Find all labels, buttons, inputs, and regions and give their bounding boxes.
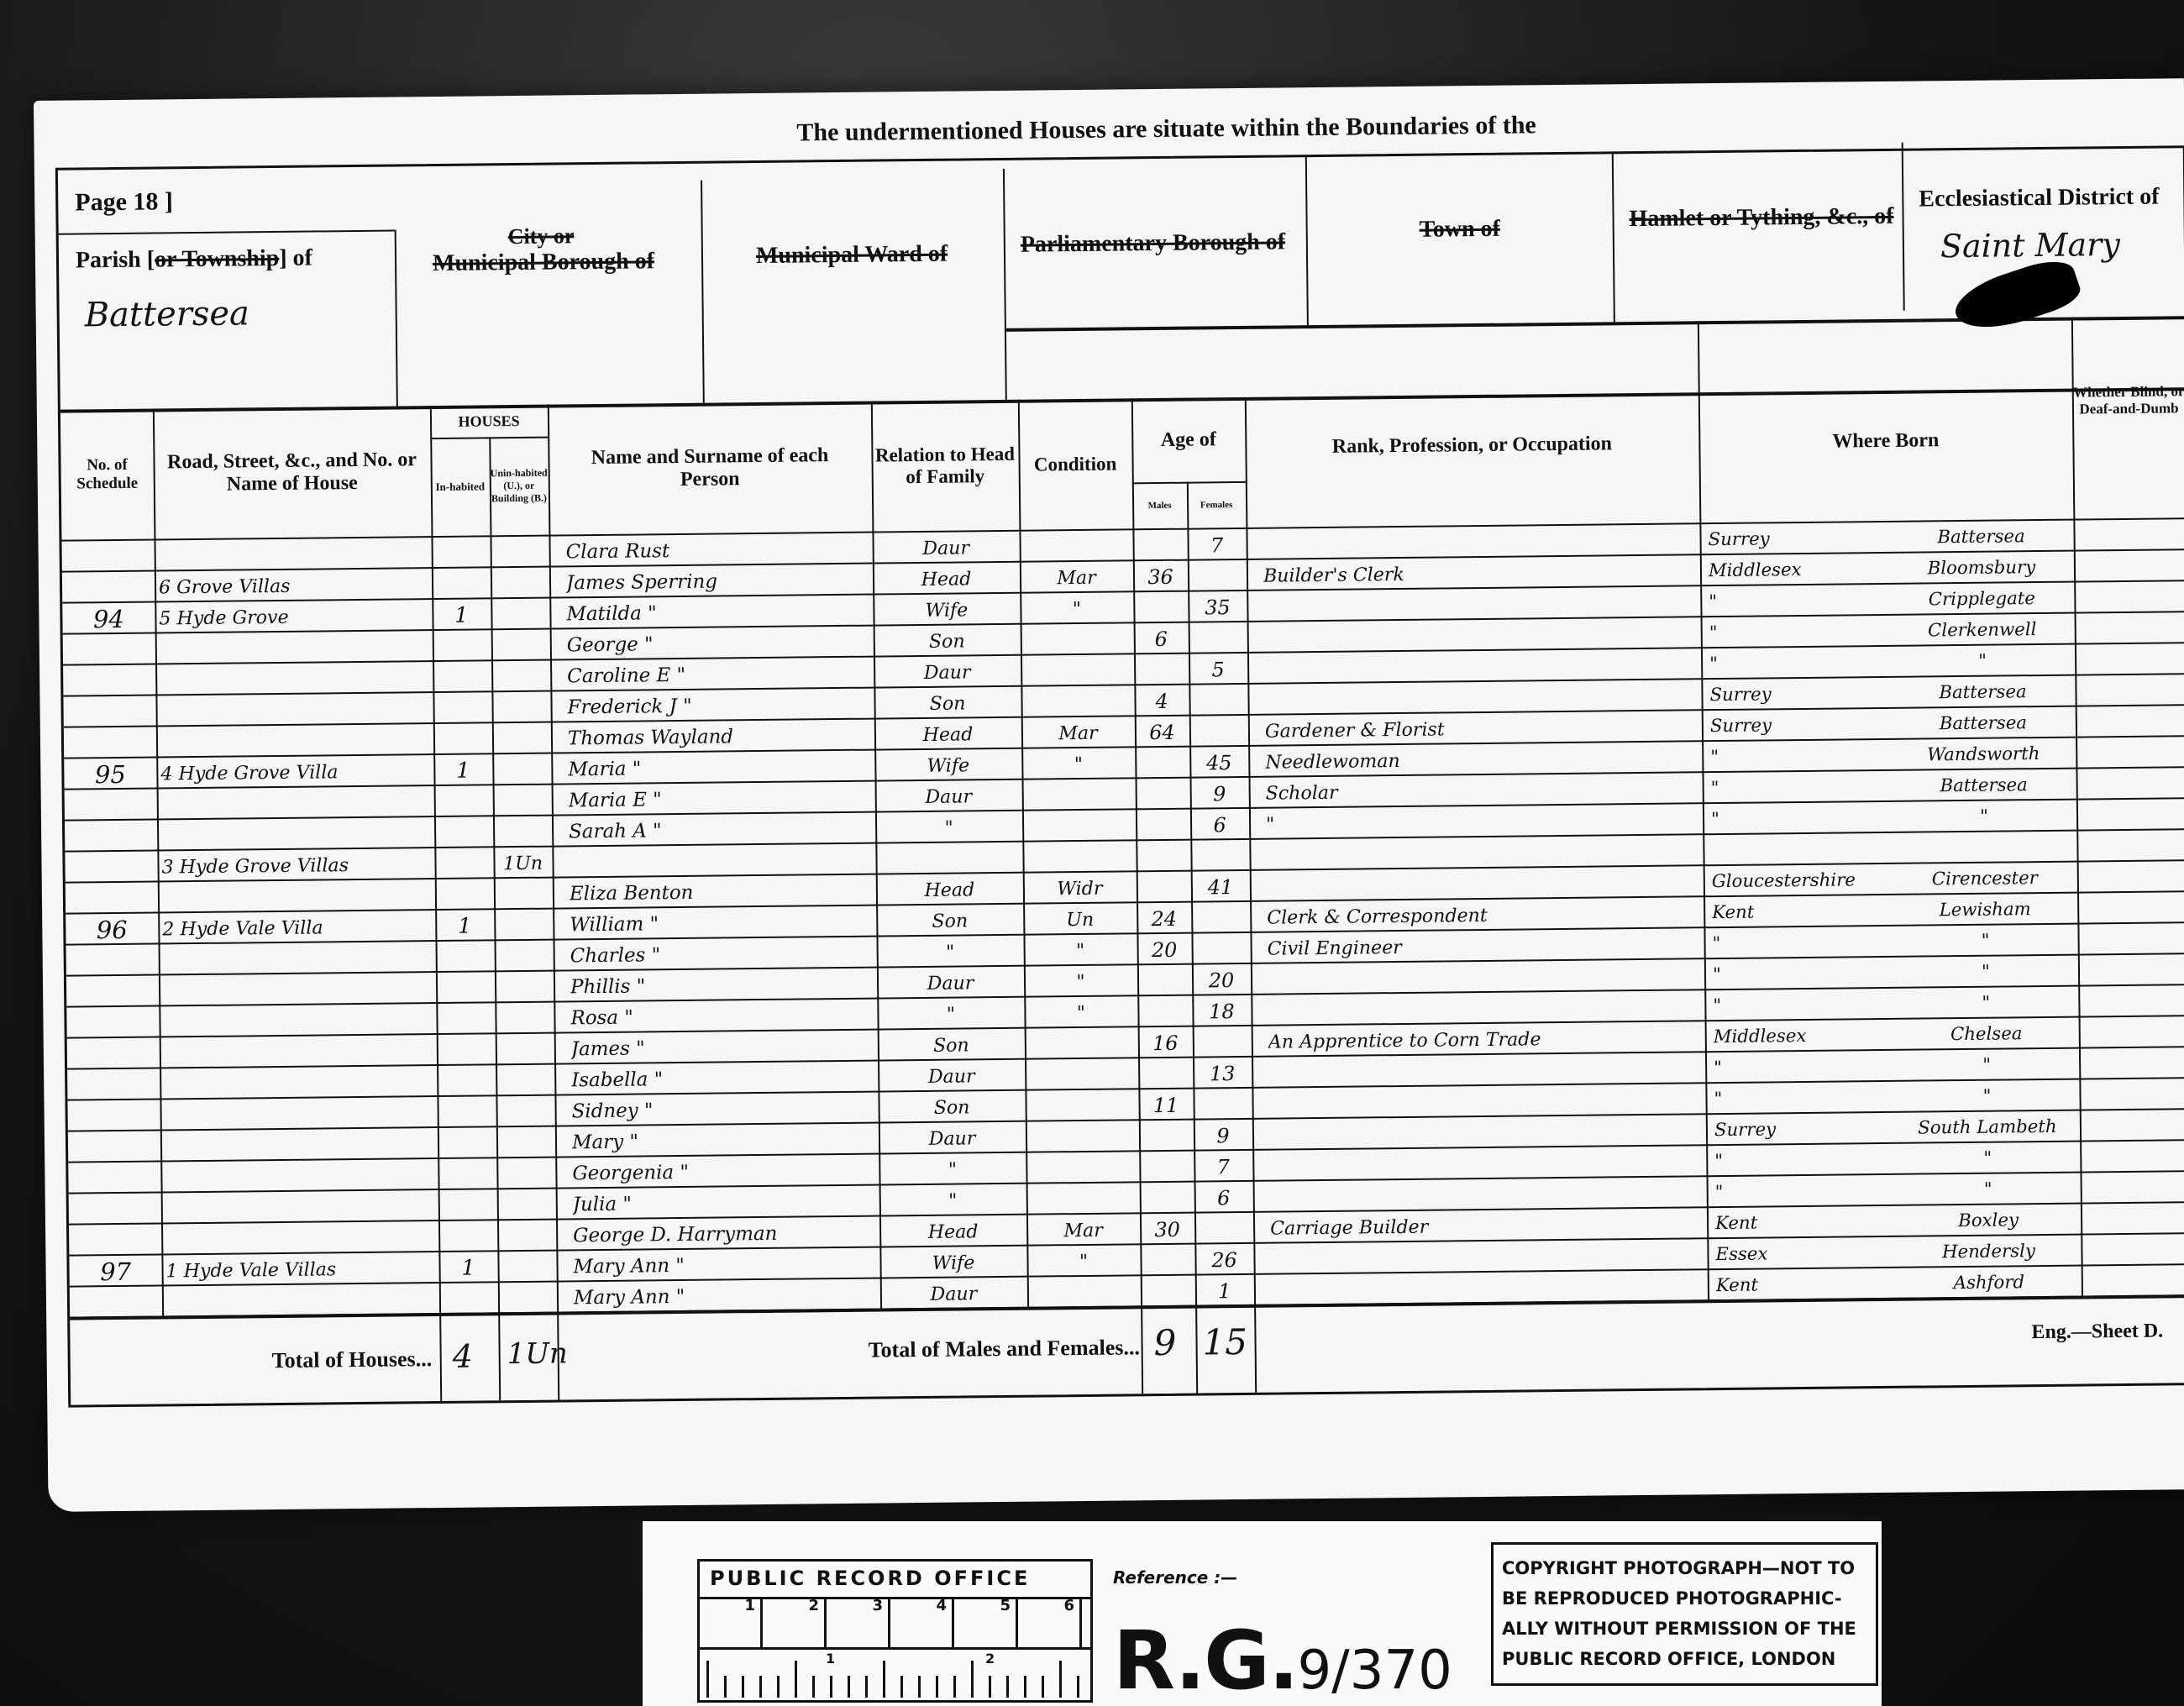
cell-uninhabited [495,941,554,973]
cell-schedule [61,541,154,573]
cell-condition [1022,779,1136,811]
cell-relation: Head [873,563,1020,596]
cell-born-place: " [1893,987,2078,1020]
cell-female: 9 [1194,1120,1252,1152]
cell-born-county: " [1712,926,1880,959]
cell-relation: Daur [875,780,1022,813]
copyright-line: BE REPRODUCED PHOTOGRAPHIC- [1502,1583,1856,1614]
cell-condition [1026,1121,1139,1152]
cell-born-county [1711,833,1879,866]
cell-female: 5 [1189,654,1247,685]
cell-born-county: " [1709,647,1877,680]
cell-born-place: " [1890,645,2075,678]
cell-male [1135,748,1189,780]
ruler-tick [1024,1676,1026,1698]
cell-female [1189,685,1247,717]
cell-relation: " [877,998,1024,1031]
cell-male [1132,530,1187,562]
cell-born-county: " [1710,740,1878,773]
cell-male [1141,1276,1195,1308]
municipal-borough-field: City or Municipal Borough of [58,148,2183,170]
cell-relation: Head [874,718,1021,751]
cell-uninhabited [491,568,549,600]
cell-uninhabited [491,630,550,662]
cell-road [160,631,433,664]
cell-born-county: " [1714,1082,1882,1115]
cell-female: 7 [1194,1151,1252,1183]
cell-schedule [65,852,157,884]
cell-schedule [66,944,159,976]
cell-female: 20 [1192,964,1251,996]
cell-uninhabited [494,910,553,942]
cell-road [160,724,433,758]
cell-female [1194,1213,1253,1245]
cell-born-place: " [1896,1173,2081,1206]
ruler-tick [812,1676,815,1698]
cell-relation: Daur [880,1278,1027,1310]
cell-female [1191,902,1250,934]
ink-blot [1949,253,2084,341]
cell-road [165,1190,438,1224]
cell-uninhabited [496,1127,555,1159]
cell-condition: " [1021,748,1135,780]
cell-inhabited [438,1220,497,1252]
cell-inhabited [434,785,493,817]
cell-born-county: " [1710,771,1878,804]
cell-condition: " [1026,1245,1140,1277]
cell-road [161,786,434,820]
copyright-line: COPYRIGHT PHOTOGRAPH—NOT TO [1502,1553,1856,1583]
total-houses-label: Total of Houses... [272,1346,433,1373]
cell-uninhabited [491,661,550,693]
cell-male: 64 [1135,717,1189,748]
cell-male [1137,996,1192,1028]
cell-uninhabited [495,1003,554,1035]
ruler-tick [742,1676,744,1698]
census-form: The undermentioned Houses are situate wi… [55,145,2184,1407]
cell-inhabited [438,1127,496,1159]
cell-female: 35 [1188,591,1247,623]
cell-condition [1019,530,1132,562]
cell-condition [1027,1276,1141,1308]
cell-male [1139,1121,1194,1152]
total-persons-label: Total of Males and Females... [868,1335,1140,1362]
town-field: Town of [1420,216,1501,244]
cell-inhabited: 1 [435,910,494,942]
cell-road: 3 Hyde Grove Villas [161,848,434,882]
cell-born-county: Surrey [1709,678,1877,711]
cell-condition: " [1024,996,1137,1028]
cell-relation: Son [874,625,1021,658]
cell-uninhabited [491,692,550,724]
cell-condition: Widr [1023,872,1137,904]
cell-born-county: Kent [1712,895,1880,928]
total-males: 9 [1153,1322,1176,1363]
cell-road [166,1283,439,1317]
cell-relation: Head [876,874,1023,906]
cell-born-place: Ashford [1897,1267,2082,1299]
cell-inhabited: 1 [438,1252,497,1283]
cell-male: 6 [1134,623,1189,655]
total-houses-uninhabited: 1Un [507,1336,568,1371]
cell-inhabited [438,1158,496,1190]
cell-born-county: Essex [1715,1237,1883,1270]
ruler-tick [936,1676,938,1698]
cell-born-place: Boxley [1896,1205,2081,1237]
cell-schedule [65,790,157,822]
cell-condition [1021,654,1134,686]
cell-uninhabited [492,723,551,755]
cell-male [1140,1183,1194,1215]
reference-label: Reference :— [1113,1567,1237,1588]
ruler-tick [1059,1661,1062,1698]
cell-female [1189,622,1247,654]
ecclesiastical-district-field: Ecclesiastical District of Saint Mary [58,148,2183,170]
cell-born-county: Surrey [1708,522,1876,555]
cell-male: 24 [1137,903,1191,935]
cell-male [1138,1058,1193,1090]
cell-condition [1026,1183,1140,1215]
cell-male: 30 [1140,1214,1194,1246]
cell-schedule [65,821,157,853]
ruler-top-mark: 2 [764,1597,827,1647]
ruler-bottom-mark: 1 [826,1651,835,1667]
cell-condition: " [1024,965,1137,997]
cell-male [1140,1245,1194,1277]
cell-schedule [66,1006,159,1038]
cell-male: 20 [1137,934,1191,966]
ruler-top-mark: 5 [955,1597,1018,1647]
cell-inhabited [433,723,492,755]
cell-born-county: Middlesex [1709,554,1877,586]
cell-female [1190,840,1249,872]
cell-born-county: Gloucestershire [1712,864,1880,897]
cell-relation: Wife [879,1247,1026,1279]
cell-born-county: Middlesex [1714,1020,1882,1052]
cell-inhabited [435,879,494,911]
census-page: The undermentioned Houses are situate wi… [34,78,2184,1512]
ruler-tick [900,1676,903,1698]
cell-uninhabited [490,537,549,569]
cell-uninhabited [494,879,553,911]
cell-uninhabited [496,1034,554,1066]
cell-inhabited [437,1096,496,1128]
cell-road [165,1221,438,1255]
cell-born-place: Lewisham [1893,894,2077,926]
ruler-tick [1077,1676,1079,1698]
cell-uninhabited [493,785,552,817]
cell-relation: Daur [874,656,1021,689]
column-headers: No. of Schedule Road, Street, &c., and N… [58,148,2183,170]
cell-born-place: " [1892,801,2076,833]
cell-born-place: " [1895,1142,2080,1175]
reference-value: R.G.9/370 [1113,1614,1452,1706]
ruler-tick [1042,1676,1044,1698]
parish-field: Parish [or Township] of Battersea [58,148,2183,170]
copyright-line: ALLY WITHOUT PERMISSION OF THE [1502,1614,1856,1644]
cell-inhabited [434,848,493,879]
cell-road: 5 Hyde Grove [159,600,432,633]
ruler-bottom-mark: 2 [985,1651,995,1667]
cell-male [1133,592,1188,624]
cell-female: 9 [1190,778,1249,810]
cell-male: 16 [1138,1027,1193,1059]
cell-born-county: " [1711,802,1879,835]
cell-male [1134,654,1189,686]
cell-born-county: Surrey [1714,1113,1882,1146]
ruler-top-mark: 1 [700,1597,763,1647]
cell-condition: Mar [1020,561,1133,593]
cell-female: 6 [1194,1182,1253,1214]
cell-road [164,1035,437,1068]
cell-female [1193,1026,1252,1058]
cell-relation: Head [879,1215,1026,1248]
cell-relation: " [879,1184,1026,1217]
cell-male: 36 [1133,561,1188,593]
public-record-office-stamp: PUBLIC RECORD OFFICE 12345612 Reference … [643,1516,1882,1706]
ruler-tick [989,1676,991,1698]
cell-male [1136,779,1190,811]
cell-inhabited [433,661,491,693]
cell-born-county: Kent [1715,1206,1883,1239]
cell-uninhabited [495,972,554,1004]
cell-uninhabited [492,754,551,786]
cell-inhabited [431,537,490,569]
cell-born-county: " [1709,585,1877,617]
cell-schedule [62,572,155,604]
cell-schedule: 96 [66,914,158,946]
cell-condition [1025,1027,1138,1059]
cell-uninhabited [498,1283,557,1315]
cell-male: 4 [1134,685,1189,717]
ruler-tick [706,1661,709,1698]
sheet-label: Eng.—Sheet D. [2031,1320,2163,1345]
ruler-tick [830,1676,832,1698]
cell-road: 1 Hyde Vale Villas [165,1252,438,1286]
cell-road: 2 Hyde Vale Villa [162,911,435,944]
pro-office-label: PUBLIC RECORD OFFICE [710,1567,1030,1590]
cell-condition [1021,623,1134,655]
cell-female: 18 [1192,995,1251,1027]
ruler-top-mark: 4 [891,1597,954,1647]
cell-born-county: Surrey [1710,709,1878,742]
cell-inhabited [433,692,491,724]
cell-condition [1022,810,1136,842]
ruler-tick [883,1661,885,1698]
cell-schedule [66,975,159,1007]
ruler-tick [865,1676,868,1698]
cell-male: 11 [1138,1089,1193,1121]
cell-born-county: Kent [1716,1268,1884,1301]
cell-female: 7 [1187,529,1246,561]
ecclesiastical-value: Saint Mary [1940,226,2120,265]
cell-relation: Wife [874,749,1021,782]
cell-female [1191,933,1250,965]
cell-relation: " [879,1153,1026,1186]
cell-schedule [63,696,155,728]
cell-road [164,1066,437,1100]
municipal-ward-field: Municipal Ward of [756,241,948,270]
cell-inhabited [438,1189,497,1221]
cell-schedule [69,1224,161,1256]
cell-female: 13 [1193,1058,1252,1089]
cell-born-place: Cripplegate [1889,583,2074,616]
cell-born-place: Bloomsbury [1889,552,2074,585]
cell-born-place: South Lambeth [1895,1111,2080,1144]
cell-inhabited [436,941,495,973]
ruler-tick [918,1676,921,1698]
cell-born-place [1892,832,2076,864]
cell-born-place: Clerkenwell [1890,614,2075,647]
cell-schedule [67,1068,160,1100]
cell-born-place: Battersea [1891,769,2076,802]
ruler-top-mark: 6 [1019,1597,1082,1647]
cell-condition [1021,685,1134,717]
cell-born-place: " [1894,1080,2079,1113]
cell-schedule [64,727,156,759]
cell-relation: Son [878,1029,1025,1062]
page-label: Page 18 ] [75,187,173,217]
pro-ruler-box: PUBLIC RECORD OFFICE 12345612 [697,1559,1093,1703]
cell-relation [875,843,1022,875]
cell-relation: Son [874,687,1021,720]
cell-relation: Son [878,1091,1025,1124]
cell-male [1137,872,1191,904]
cell-inhabited [436,972,495,1004]
cell-schedule [69,1193,161,1225]
cell-male [1136,810,1190,842]
cell-schedule: 97 [69,1255,161,1287]
cell-born-place: Battersea [1890,676,2075,709]
cell-inhabited: 1 [432,599,491,631]
cell-road [165,1159,438,1193]
cell-road [162,879,435,913]
total-females: 15 [1202,1321,1247,1363]
cell-road [165,1128,438,1162]
cell-born-county: " [1709,616,1877,648]
ruler-tick [777,1676,780,1698]
cell-road [160,662,433,696]
cell-born-county: " [1713,958,1881,990]
cell-female: 45 [1189,747,1248,779]
cell-inhabited [439,1283,498,1315]
banner-text: The undermentioned Houses are situate wi… [796,111,1536,147]
cell-born-place: Battersea [1891,707,2076,740]
cell-uninhabited [493,816,552,848]
cell-schedule [70,1286,162,1318]
cell-condition [1025,1089,1138,1121]
cell-schedule [67,1037,160,1069]
cell-condition: Un [1023,903,1137,935]
copyright-line: PUBLIC RECORD OFFICE, LONDON [1502,1644,1856,1674]
cell-born-county: " [1714,1051,1882,1084]
cell-relation: " [876,936,1023,968]
cell-relation: Daur [878,1060,1025,1093]
cell-inhabited [433,630,491,662]
cell-relation: " [875,811,1022,844]
cell-inhabited [437,1034,496,1066]
cell-condition: Mar [1026,1214,1140,1246]
cell-female: 6 [1190,809,1249,841]
cell-road: 6 Grove Villas [159,569,432,602]
cell-relation: Wife [873,594,1020,627]
hamlet-field: Hamlet or Tything, &c., of [1629,203,1893,233]
cell-uninhabited [496,1065,554,1097]
cell-male [1137,965,1192,997]
cell-road [163,973,436,1006]
cell-born-place: Wandsworth [1891,738,2076,771]
cell-uninhabited: 1Un [493,848,552,879]
cell-condition [1025,1058,1138,1090]
parish-value: Battersea [84,294,249,334]
cell-born-place: Cirencester [1893,863,2077,895]
cell-road [161,817,434,851]
cell-road: 4 Hyde Grove Villa [160,755,433,789]
ruler-tick [971,1661,974,1698]
cell-born-place: Chelsea [1894,1018,2079,1051]
cell-born-place: " [1894,1049,2079,1082]
parliamentary-borough-field: Parliamentary Borough of [1021,228,1286,258]
ruler-tick [1006,1676,1009,1698]
ruler-tick [848,1676,850,1698]
cell-road [163,942,436,975]
cell-condition: " [1023,934,1137,966]
cell-inhabited [432,568,491,600]
totals-row: Total of Houses... 4 1Un Total of Males … [58,148,2183,170]
cell-born-place: Hendersly [1896,1236,2081,1268]
cell-condition [1026,1152,1139,1184]
cell-female: 1 [1195,1275,1254,1307]
cell-uninhabited [497,1252,556,1283]
cell-road [164,1097,437,1131]
cell-schedule [66,883,158,915]
cell-female: 26 [1194,1244,1253,1276]
cell-relation: Daur [879,1122,1026,1155]
cell-schedule: 95 [64,759,156,790]
cell-born-county: " [1715,1175,1883,1208]
cell-female [1193,1089,1252,1121]
cell-relation: Daur [872,532,1019,564]
copyright-notice: COPYRIGHT PHOTOGRAPH—NOT TOBE REPRODUCED… [1491,1542,1878,1686]
cell-female: 41 [1191,871,1250,903]
total-houses-inhabited: 4 [452,1338,473,1375]
cell-uninhabited [491,599,549,631]
cell-condition: Mar [1021,717,1135,748]
cell-schedule [63,634,155,666]
ruler-tick [759,1676,762,1698]
cell-born-county: " [1714,1144,1882,1177]
cell-born-county: " [1713,989,1881,1021]
cell-schedule [63,665,155,697]
cell-male [1136,841,1190,873]
ruler-top-mark: 3 [827,1597,890,1647]
cell-uninhabited [496,1096,554,1128]
cell-schedule: 94 [62,603,155,635]
cell-condition: " [1020,592,1133,624]
cell-uninhabited [497,1189,556,1221]
cell-female [1188,560,1247,592]
cell-female [1189,716,1248,748]
cell-inhabited [434,816,493,848]
cell-born-place: " [1893,956,2078,989]
cell-road [158,538,431,571]
cell-road [160,693,433,727]
cell-condition [1022,841,1136,873]
cell-inhabited: 1 [433,754,492,786]
cell-born-place: Battersea [1888,521,2073,554]
ruler-tick [795,1661,797,1698]
cell-relation: Daur [877,967,1024,1000]
